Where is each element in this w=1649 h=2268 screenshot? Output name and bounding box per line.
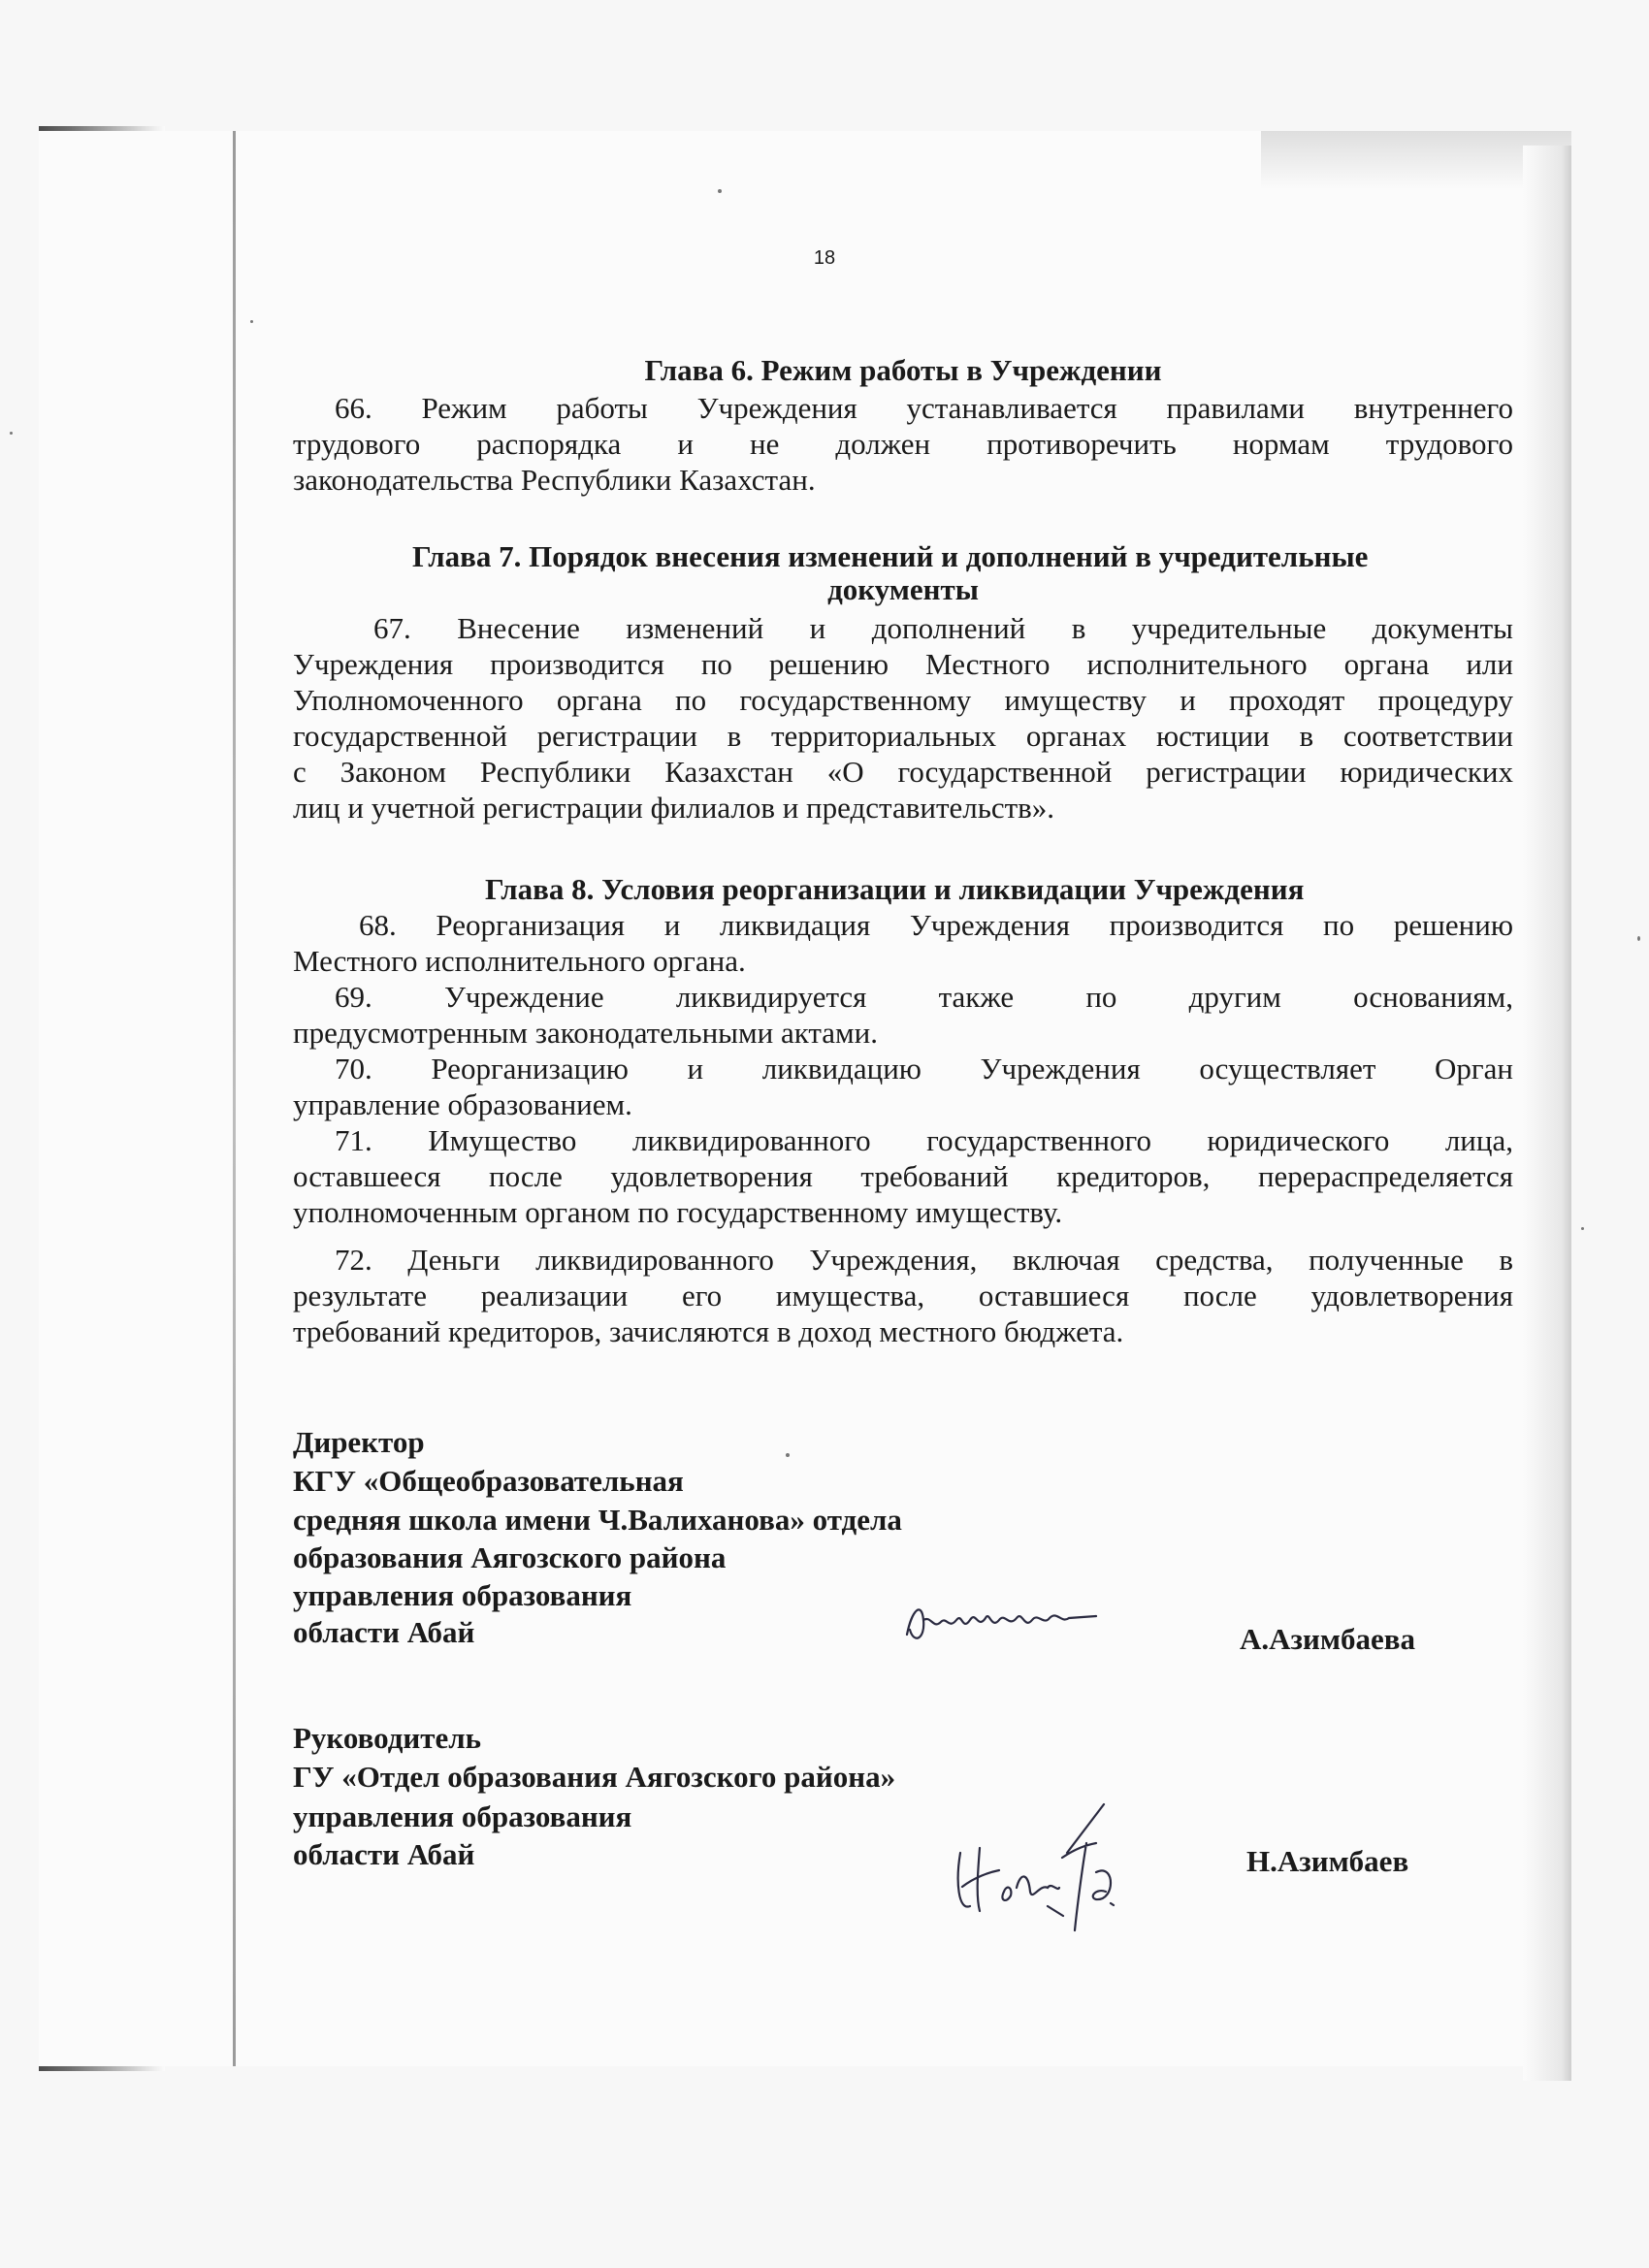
paragraph-line: 71. Имущество ликвидированного государст… [335, 1123, 1513, 1158]
handwritten-signature-icon [951, 1795, 1164, 1940]
paragraph-line: Местного исполнительного органа. [293, 944, 1513, 979]
paragraph-line: 67. Внесение изменений и дополнений в уч… [373, 611, 1513, 646]
signer-title-line: управления образования [293, 1799, 1513, 1834]
signer-title-line: ГУ «Отдел образования Аягозского района» [293, 1760, 1513, 1795]
paragraph-line: оставшееся после удовлетворения требован… [293, 1159, 1513, 1194]
paragraph-line: требований кредиторов, зачисляются в дох… [293, 1314, 1513, 1349]
paragraph-line: предусмотренным законодательными актами. [293, 1016, 1513, 1051]
signer-name: А.Азимбаева [1240, 1622, 1415, 1657]
signer-title-line: образования Аягозского района [293, 1540, 1513, 1575]
paragraph-line: Учреждения производится по решению Местн… [293, 647, 1513, 682]
paragraph-line: 72. Деньги ликвидированного Учреждения, … [335, 1243, 1513, 1278]
paragraph-line: законодательства Республики Казахстан. [293, 463, 1513, 498]
paragraph-line: 66. Режим работы Учреждения устанавливае… [335, 391, 1513, 426]
paragraph-line: управление образованием. [293, 1087, 1513, 1122]
paragraph-line: 70. Реорганизацию и ликвидацию Учреждени… [335, 1052, 1513, 1086]
paragraph-line: лиц и учетной регистрации филиалов и пре… [293, 791, 1513, 826]
paragraph-line: уполномоченным органом по государственно… [293, 1195, 1513, 1230]
signer-name: Н.Азимбаев [1246, 1844, 1408, 1879]
paragraph-line: 68. Реорганизация и ликвидация Учреждени… [359, 908, 1513, 943]
paragraph-line: с Законом Республики Казахстан «О госуда… [293, 755, 1513, 790]
paragraph-line: Уполномоченного органа по государственно… [293, 683, 1513, 718]
signer-title-line: Руководитель [293, 1721, 1513, 1756]
signer-title-line: средняя школа имени Ч.Валиханова» отдела [293, 1503, 1513, 1538]
chapter-heading: Глава 8. Условия реорганизации и ликвида… [485, 872, 1513, 907]
chapter-heading: документы [293, 572, 1513, 607]
handwritten-signature-icon [902, 1591, 1106, 1649]
paragraph-line: результате реализации его имущества, ост… [293, 1279, 1513, 1313]
signer-title-line: Директор [293, 1425, 1513, 1460]
page-number: 18 [776, 247, 873, 270]
paragraph-line: государственной регистрации в территориа… [293, 719, 1513, 754]
chapter-heading: Глава 7. Порядок внесения изменений и до… [412, 539, 1513, 574]
signer-title-line: КГУ «Общеобразовательная [293, 1464, 1513, 1499]
paragraph-line: 69. Учреждение ликвидируется также по др… [335, 980, 1513, 1015]
document-page: 18 Глава 6. Режим работы в Учреждении 66… [0, 0, 1649, 2268]
paragraph-line: трудового распорядка и не должен противо… [293, 427, 1513, 462]
chapter-heading: Глава 6. Режим работы в Учреждении [293, 353, 1513, 388]
